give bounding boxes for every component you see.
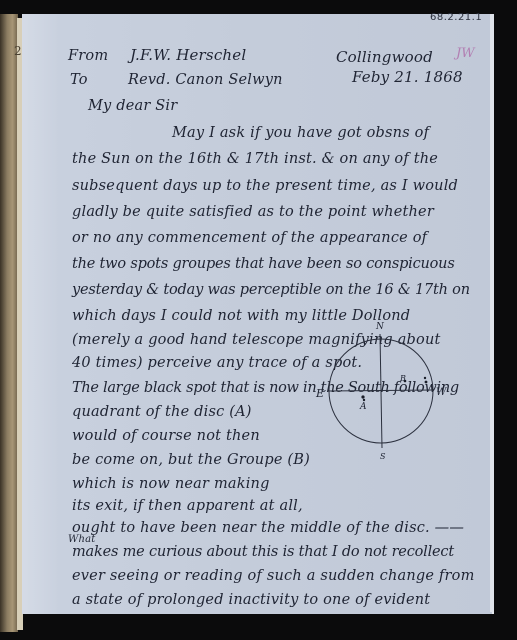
letter-place: Collingwood (336, 48, 433, 66)
body-line: quadrant of the disc (A) (72, 404, 252, 420)
body-line: ought to have been near the middle of th… (72, 520, 464, 536)
body-line: makes me curious about this is that I do… (72, 544, 454, 560)
document-scan: 2 68.2.21.1 JW From J.F.W. Herschel To R… (0, 0, 517, 640)
letter-date: Feby 21. 1868 (352, 68, 463, 86)
body-line: the Sun on the 16th & 17th inst. & on an… (72, 151, 438, 167)
book-spine (0, 14, 18, 632)
body-line: a state of prolonged inactivity to one o… (72, 592, 430, 608)
body-line: which days I could not with my little Do… (72, 308, 410, 324)
horizontal-axis (329, 390, 433, 391)
from-label: From (68, 48, 108, 64)
body-line: yesterday & today was perceptible on the… (72, 282, 470, 298)
to-value: Revd. Canon Selwyn (128, 72, 283, 88)
sun-disc-diagram (300, 330, 440, 470)
diagram-label-spot-b: B (400, 374, 406, 383)
spot-b-mark (425, 381, 428, 384)
body-line: gladly be quite satisfied as to the poin… (72, 204, 434, 220)
body-line: ever seeing or reading of such a sudden … (72, 568, 475, 584)
spot-b-mark (424, 377, 426, 379)
spot-a-mark (363, 399, 365, 401)
body-line: would of course not then (72, 428, 260, 444)
spot-a-mark (361, 395, 364, 398)
diagram-label-south: S (380, 452, 386, 461)
body-line: which is now near making (72, 476, 270, 492)
margin-mark: 2 (14, 44, 22, 58)
body-line: the two spots groupes that have been so … (72, 256, 455, 272)
diagram-label-spot-a: A (360, 402, 367, 412)
diagram-label-west: W (436, 387, 446, 398)
body-line: or no any commencement of the appearance… (72, 230, 427, 246)
archive-stamp: JW (456, 46, 475, 61)
diagram-label-north: N (376, 322, 384, 332)
salutation: My dear Sir (88, 98, 177, 114)
to-label: To (70, 72, 88, 88)
from-value: J.F.W. Herschel (130, 46, 246, 64)
catalog-number: 68.2.21.1 (430, 12, 482, 23)
body-line: be come on, but the Groupe (B) (72, 452, 310, 468)
page-edge (490, 14, 494, 612)
body-line: its exit, if then apparent at all, (72, 498, 303, 514)
body-line: May I ask if you have got obsns of (172, 125, 429, 141)
body-line: subsequent days up to the present time, … (72, 178, 458, 194)
diagram-label-east: E (316, 387, 324, 400)
